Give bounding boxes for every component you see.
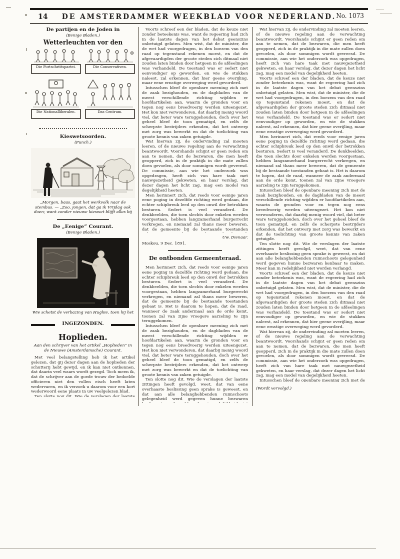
article3-source: (Eenige Bladen.) (31, 230, 135, 235)
continuation-note: (Wordt vervolgd.) (256, 386, 365, 391)
letter-dateline: Moskou, 9 Dec. 1891. (142, 241, 248, 246)
scan-speckle (26, 133, 27, 135)
newspaper-page: 14 DE AMSTERDAMMER WEEKBLAD VOOR NEDERLA… (0, 0, 400, 559)
article2-caption: „Morgen, baas, gaat het werkvolk naar de… (31, 200, 135, 215)
crowd-illustration (31, 47, 81, 63)
cartoon-caption-box: Die Fortschrittspartei. (31, 64, 81, 74)
right-column: Wat hiervan zij, de ondervinding zal moe… (256, 27, 365, 391)
scan-speckle (376, 9, 384, 10)
header-bottom-rule (30, 23, 368, 24)
cartoon-panel: Die Fortschrittspartei. (31, 47, 81, 74)
section-divider (39, 128, 127, 129)
scan-speckle (6, 7, 11, 8)
article2-source: (Punch.) (31, 140, 135, 145)
column-rule-2 (252, 27, 253, 406)
dark-interior-engraving (37, 238, 129, 308)
section-divider (168, 250, 222, 251)
cartoon-caption-box: Die Conservativen. (85, 64, 135, 74)
masthead-title: DE AMSTERDAMMER WEEKBLAD VOOR NEDERLAND. (30, 12, 368, 21)
crowd-illustration (85, 47, 135, 63)
cartoon-caption-box: Die Nationalliberalen. (31, 109, 81, 119)
masthead: 14 DE AMSTERDAMMER WEEKBLAD VOOR NEDERLA… (30, 11, 368, 22)
left-column: De partijen en de Joden in Duitschland. … (31, 27, 135, 397)
cartoon-strip: Die Fortschrittspartei. Die Conservative… (31, 47, 135, 121)
issue-number: No. 1073 (336, 13, 364, 20)
article3-caption: Wie schetst de verbazing van Hughie, toe… (31, 310, 135, 315)
cartoon-caption-box: Das Centrum. (85, 109, 135, 119)
scan-speckle (380, 13, 392, 14)
cartoon-panel: Das Centrum. (85, 76, 135, 119)
scan-speckle (26, 48, 27, 51)
letter-title: Hoplieden. (31, 332, 135, 342)
letter-subtitle: Aan den schrijver van het artikel „Hopli… (31, 343, 135, 353)
letter-body-text: Met veel belangstelling heb ik het artik… (31, 355, 135, 397)
article-body-text: Wat hiervan zij, de ondervinding zal moe… (256, 27, 365, 382)
street-scene-engraving (31, 148, 135, 198)
scan-speckle (25, 14, 27, 16)
article-heading: De ontbonden Gemeenteraad. (142, 255, 248, 262)
crowd-illustration (31, 76, 81, 108)
section-divider (57, 219, 109, 220)
ingezonden-section-bar: INGEZONDEN. (31, 321, 135, 329)
page-bottom-edge (0, 548, 376, 549)
crowd-illustration (85, 76, 135, 108)
column-rule-1 (138, 27, 139, 406)
article1-source: (Eenige Bladen.) (31, 33, 135, 38)
cartoon-panel: Die Conservativen. (85, 47, 135, 74)
cartoon-panel: Die Nationalliberalen. (31, 76, 81, 119)
article-body-text: Men herinnert zich, dat reeds voor eenig… (142, 265, 248, 403)
header-top-rule (30, 8, 368, 10)
article1-blackletter-caption: Wetterleuchten vor den Reichstagswahlen. (31, 39, 135, 46)
section-label: INGEZONDEN. (31, 321, 135, 329)
letter-signature: Uw. Dienaar. (142, 235, 248, 240)
middle-column: Voorts schreef een der bladen, dat de ke… (142, 27, 248, 403)
scan-speckle (25, 92, 27, 94)
article-body-text: Voorts schreef een der bladen, dat de ke… (142, 27, 248, 233)
